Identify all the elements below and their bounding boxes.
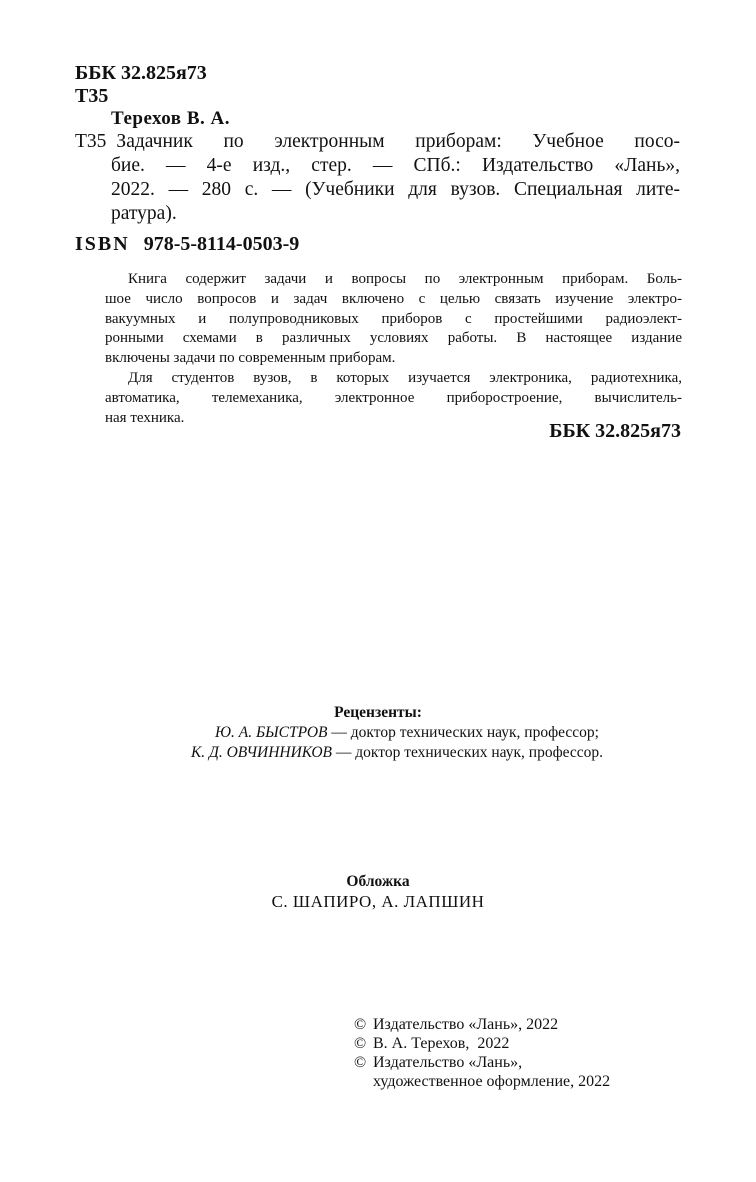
entry-text: Задачник по электронным приборам: Учебно… (116, 130, 680, 154)
bbk-classification-bottom: ББК 32.825я73 (549, 420, 681, 443)
copyright-text: Издательство «Лань», 2022 (373, 1016, 558, 1033)
annotation-text: включены задачи по современным приборам. (105, 349, 395, 369)
reviewers-block: Рецензенты: Ю. А. БЫСТРОВ — доктор техни… (0, 703, 756, 763)
entry-text: бие. — 4-е изд., стер. — СПб.: Издательс… (111, 154, 680, 178)
isbn-label: ISBN (75, 233, 130, 255)
reviewer-item: К. Д. ОВЧИННИКОВ — доктор технических на… (0, 743, 756, 763)
annotation-line: вакуумных и полупроводниковых приборов с… (105, 310, 682, 330)
copyright-icon: © (354, 1053, 373, 1072)
reviewer-desc: — доктор технических наук, профессор. (332, 744, 603, 761)
copyright-line: ©Издательство «Лань», (354, 1053, 610, 1072)
author-code: Т35 (75, 85, 108, 108)
annotation-text: ная техника. (105, 409, 184, 429)
annotation-text: Книга содержит задачи и вопросы по элект… (128, 270, 682, 290)
cover-credits: Обложка С. ШАПИРО, А. ЛАПШИН (0, 872, 756, 913)
bibliographic-entry: Т35 Задачник по электронным приборам: Уч… (75, 130, 680, 226)
annotation-line: автоматика, телемеханика, электронное пр… (105, 389, 682, 409)
annotation-text: шое число вопросов и задач включено с це… (105, 290, 682, 310)
annotation: Книга содержит задачи и вопросы по элект… (105, 270, 682, 428)
copyright-continuation: художественное оформление, 2022 (354, 1072, 610, 1091)
copyright-line: ©В. А. Терехов, 2022 (354, 1034, 610, 1053)
isbn-value: 978-5-8114-0503-9 (144, 233, 300, 255)
annotation-text: Для студентов вузов, в которых изучается… (128, 369, 682, 389)
reviewer-name: К. Д. ОВЧИННИКОВ (191, 744, 332, 761)
entry-code: Т35 (75, 130, 106, 154)
copyright-line: ©Издательство «Лань», 2022 (354, 1015, 610, 1034)
annotation-line: Книга содержит задачи и вопросы по элект… (105, 270, 682, 290)
copyright-icon: © (354, 1034, 373, 1053)
reviewers-heading: Рецензенты: (0, 703, 756, 723)
reviewer-item: Ю. А. БЫСТРОВ — доктор технических наук,… (0, 723, 756, 743)
cover-designers: С. ШАПИРО, А. ЛАПШИН (0, 891, 756, 913)
copyright-text: Издательство «Лань», (373, 1054, 522, 1071)
copyright-block: ©Издательство «Лань», 2022 ©В. А. Терехо… (354, 1015, 610, 1091)
annotation-line: Для студентов вузов, в которых изучается… (105, 369, 682, 389)
copyright-icon: © (354, 1015, 373, 1034)
reviewer-name: Ю. А. БЫСТРОВ (215, 724, 328, 741)
entry-text: ратура). (111, 202, 177, 226)
annotation-line: шое число вопросов и задач включено с це… (105, 290, 682, 310)
annotation-line: ронными схемами в различных условиях раб… (105, 329, 682, 349)
copyright-text: В. А. Терехов, 2022 (373, 1035, 509, 1052)
entry-line: Т35 Задачник по электронным приборам: Уч… (75, 130, 680, 154)
bbk-classification: ББК 32.825я73 (75, 62, 207, 85)
annotation-text: вакуумных и полупроводниковых приборов с… (105, 310, 682, 330)
annotation-line: включены задачи по современным приборам. (105, 349, 682, 369)
reviewer-desc: — доктор технических наук, профессор; (328, 724, 599, 741)
cover-heading: Обложка (0, 872, 756, 891)
entry-line: ратура). (75, 202, 680, 226)
entry-line: бие. — 4-е изд., стер. — СПб.: Издательс… (75, 154, 680, 178)
entry-line: 2022. — 280 с. — (Учебники для вузов. Сп… (75, 178, 680, 202)
author-name: Терехов В. А. (111, 108, 230, 130)
entry-text: 2022. — 280 с. — (Учебники для вузов. Сп… (111, 178, 680, 202)
isbn: ISBN978-5-8114-0503-9 (75, 233, 299, 256)
annotation-text: ронными схемами в различных условиях раб… (105, 329, 682, 349)
annotation-text: автоматика, телемеханика, электронное пр… (105, 389, 682, 409)
